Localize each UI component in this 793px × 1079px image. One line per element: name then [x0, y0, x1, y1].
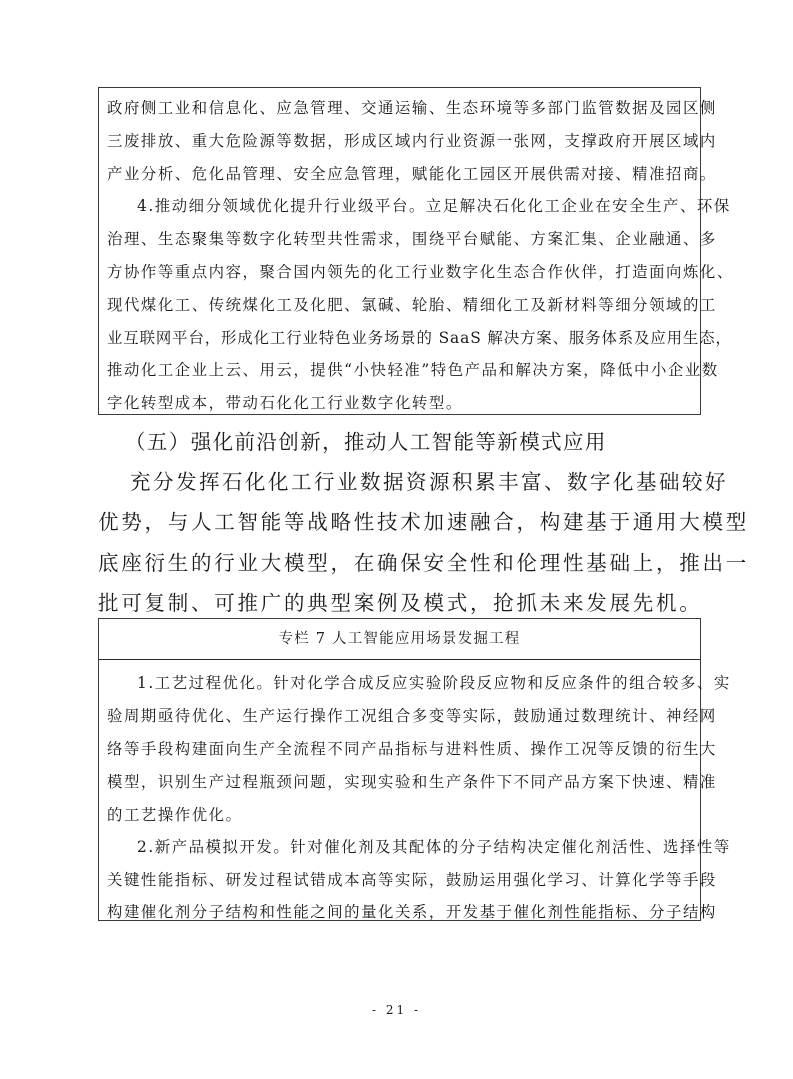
paragraph-line: 底座衍生的行业大模型，在确保安全性和伦理性基础上，推出一	[98, 550, 749, 576]
section-heading: （五）强化前沿创新，推动人工智能等新模式应用	[125, 429, 607, 455]
column-title: 专栏 7 人工智能应用场景发掘工程	[99, 619, 700, 660]
box-item-1-heading-line: 1.工艺过程优化。针对化学合成反应实验阶段反应物和反应条件的组合较多、实	[107, 673, 731, 693]
paragraph-line: 充分发挥石化化工行业数据资源积累丰富、数字化基础较好	[130, 469, 728, 495]
box-text-line: 字化转型成本，带动石化化工行业数字化转型。	[107, 393, 463, 413]
box-text-line: 业互联网平台，形成化工行业特色业务场景的 SaaS 解决方案、服务体系及应用生态…	[107, 328, 732, 348]
box-text-line: 现代煤化工、传统煤化工及化肥、氯碱、轮胎、精细化工及新材料等细分领域的工	[107, 295, 717, 315]
box-text-line: 的工艺操作优化。	[107, 805, 243, 825]
box-text-line: 模型，识别生产过程瓶颈问题，实现实验和生产条件下不同产品方案下快速、精准	[107, 772, 717, 792]
column-box-ai-scenarios: 专栏 7 人工智能应用场景发掘工程 1.工艺过程优化。针对化学合成反应实验阶段反…	[98, 618, 701, 921]
text-box-platforms: 政府侧工业和信息化、应急管理、交通运输、生态环境等多部门监管数据及园区侧 三废排…	[98, 87, 701, 415]
paragraph-line: 优势，与人工智能等战略性技术加速融合，构建基于通用大模型	[98, 509, 749, 535]
box-text-line: 三废排放、重大危险源等数据，形成区域内行业资源一张网，支撑政府开展区域内	[107, 131, 717, 151]
box-item-4-heading-line: 4.推动细分领域优化提升行业级平台。立足解决石化化工企业在安全生产、环保	[107, 196, 731, 216]
box-text-line: 方协作等重点内容，聚合国内领先的化工行业数字化生态合作伙伴，打造面向炼化、	[107, 262, 734, 282]
box-text-line: 产业分析、危化品管理、安全应急管理，赋能化工园区开展供需对接、精准招商。	[107, 164, 717, 184]
box-text-line: 治理、生态聚集等数字化转型共性需求，围绕平台赋能、方案汇集、企业融通、多	[107, 229, 717, 249]
box-text-line: 构建催化剂分子结构和性能之间的量化关系，开发基于催化剂性能指标、分子结构	[107, 902, 717, 922]
box-text-line: 验周期亟待优化、生产运行操作工况组合多变等实际，鼓励通过数理统计、神经网	[107, 706, 717, 726]
box-item-2-heading-line: 2.新产品模拟开发。针对催化剂及其配体的分子结构决定催化剂活性、选择性等	[107, 837, 731, 857]
box-text-line: 政府侧工业和信息化、应急管理、交通运输、生态环境等多部门监管数据及园区侧	[107, 98, 717, 118]
box-text-line: 推动化工企业上云、用云，提供“小快轻准”特色产品和解决方案，降低中小企业数	[107, 360, 719, 380]
page-number: - 21 -	[0, 1003, 793, 1017]
box-text-line: 络等手段构建面向生产全流程不同产品指标与进料性质、操作工况等反馈的衍生大	[107, 739, 717, 759]
box-text-line: 关键性能指标、研发过程试错成本高等实际，鼓励运用强化学习、计算化学等手段	[107, 870, 717, 890]
paragraph-line: 批可复制、可推广的典型案例及模式，抢抓未来发展先机。	[98, 590, 703, 616]
